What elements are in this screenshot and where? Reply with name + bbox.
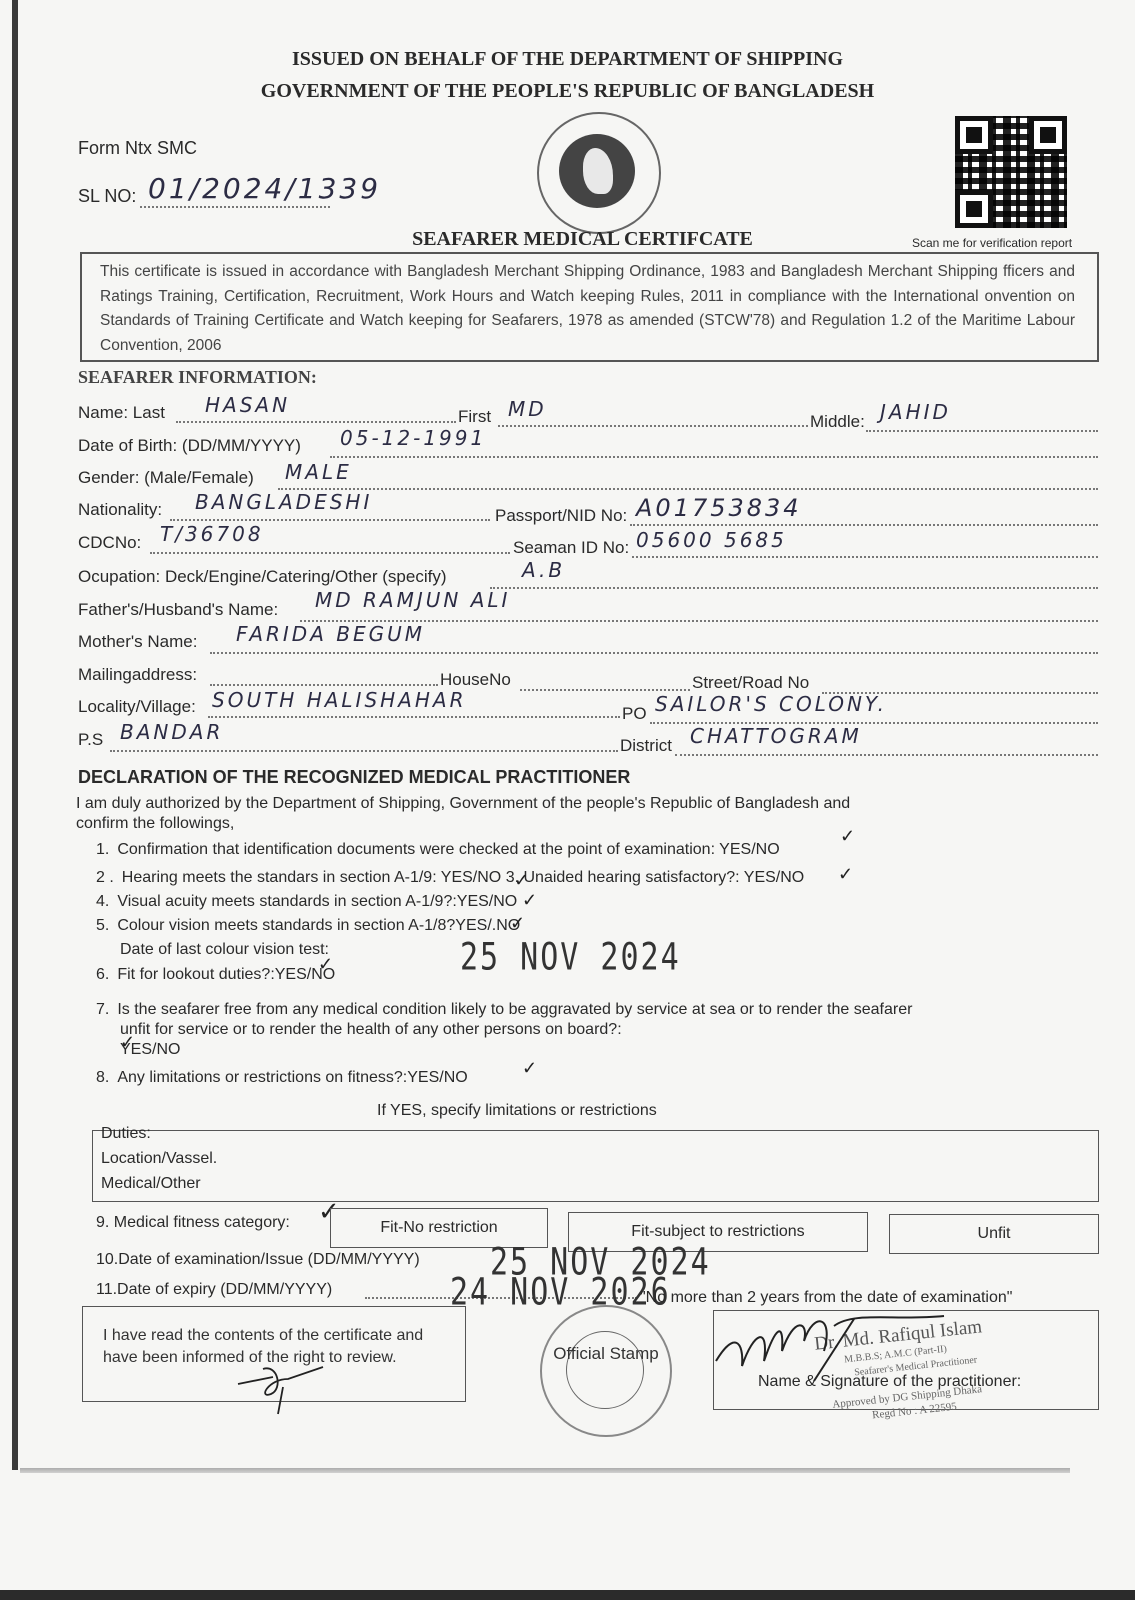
- declaration-item: 6.Fit for lookout duties?:YES/NO: [96, 966, 335, 984]
- scan-artifact: [20, 1468, 1070, 1473]
- check-icon: ✓: [514, 870, 529, 891]
- declaration-item: 8.Any limitations or restrictions on fit…: [96, 1069, 468, 1087]
- declaration-item: 2 .Hearing meets the standars in section…: [96, 869, 804, 887]
- restrictions-box: Duties: Location/Vassel. Medical/Other: [92, 1130, 1099, 1202]
- check-icon: ✓: [522, 1058, 537, 1079]
- restriction-duties[interactable]: Duties:: [101, 1125, 151, 1143]
- declaration-item: 5.Colour vision meets standards in secti…: [96, 917, 520, 935]
- fitness-category-label: 9. Medical fitness category:: [96, 1214, 290, 1232]
- check-icon: ✓: [840, 826, 855, 847]
- nationality-label: Nationality:: [78, 500, 162, 520]
- item-number: 5.: [96, 917, 109, 934]
- item-text[interactable]: Any limitations or restrictions on fitne…: [117, 1069, 467, 1086]
- item-text[interactable]: Visual acuity meets standards in section…: [117, 893, 517, 910]
- mailing-address-label: Mailingaddress:: [78, 665, 197, 685]
- government-seal-icon: [537, 112, 661, 234]
- occupation-value[interactable]: A.B: [522, 558, 565, 582]
- dob-label: Date of Birth: (DD/MM/YYYY): [78, 436, 301, 456]
- sl-value: 01/2024/1339: [148, 172, 381, 205]
- expiry-note: "No more than 2 years from the date of e…: [640, 1289, 1012, 1307]
- declaration-item: 1.Confirmation that identification docum…: [96, 841, 780, 859]
- father-name-label: Father's/Husband's Name:: [78, 600, 278, 620]
- house-no-label: HouseNo: [440, 670, 511, 690]
- check-icon: ✓: [510, 913, 525, 934]
- fitness-option-unfit[interactable]: Unfit: [889, 1214, 1099, 1254]
- certificate-title: SEAFARER MEDICAL CERTIFCATE: [0, 228, 1135, 251]
- item-text[interactable]: Fit for lookout duties?:YES/NO: [117, 966, 335, 983]
- mother-name-label: Mother's Name:: [78, 632, 197, 652]
- form-code: Form Ntx SMC: [78, 138, 197, 159]
- intro-box: This certificate is issued in accordance…: [80, 252, 1099, 362]
- locality-value[interactable]: SOUTH HALISHAHAR: [212, 688, 466, 712]
- item-text[interactable]: Confirmation that identification documen…: [117, 841, 779, 858]
- locality-label: Locality/Village:: [78, 697, 196, 717]
- check-icon: ✓: [838, 864, 853, 885]
- occupation-label: Ocupation: Deck/Engine/Catering/Other (s…: [78, 567, 447, 587]
- item-number: 2 .: [96, 869, 114, 886]
- nationality-value[interactable]: BANGLADESHI: [195, 490, 372, 514]
- restrictions-heading: If YES, specify limitations or restricti…: [377, 1102, 657, 1120]
- item-number: 1.: [96, 841, 109, 858]
- sl-label: SL NO:: [78, 186, 136, 207]
- check-icon: ✓: [318, 954, 333, 975]
- district-value[interactable]: CHATTOGRAM: [690, 724, 862, 748]
- declaration-intro-2: confirm the followings,: [76, 815, 234, 833]
- district-label: District: [620, 736, 672, 756]
- item-text[interactable]: Is the seafarer free from any medical co…: [117, 1001, 912, 1018]
- father-name-value[interactable]: MD RAMJUN ALI: [315, 588, 510, 612]
- last-name-value[interactable]: HASAN: [205, 393, 290, 417]
- ps-value[interactable]: BANDAR: [120, 720, 223, 744]
- last-name-label: Name: Last: [78, 403, 165, 423]
- official-stamp-icon: Official Stamp: [540, 1305, 672, 1437]
- gender-value[interactable]: MALE: [285, 460, 352, 484]
- item-number: 4.: [96, 893, 109, 910]
- mother-name-value[interactable]: FARIDA BEGUM: [236, 622, 425, 646]
- middle-name-value[interactable]: JAHID: [880, 400, 951, 424]
- issuer-line: ISSUED ON BEHALF OF THE DEPARTMENT OF SH…: [0, 48, 1135, 71]
- ps-label: P.S: [78, 730, 103, 750]
- check-icon: ✓: [120, 1032, 135, 1053]
- scan-edge: [0, 1590, 1135, 1600]
- po-value[interactable]: SAILOR'S COLONY.: [655, 692, 887, 716]
- section-seafarer-info: SEAFARER INFORMATION:: [78, 367, 317, 388]
- intro-text: This certificate is issued in accordance…: [82, 254, 1097, 358]
- item-number: 6.: [96, 966, 109, 983]
- declaration-item: unfit for service or to render the healt…: [120, 1021, 622, 1039]
- passport-label: Passport/NID No:: [495, 506, 627, 526]
- government-line: GOVERNMENT OF THE PEOPLE'S REPUBLIC OF B…: [0, 80, 1135, 103]
- restriction-medical[interactable]: Medical/Other: [101, 1175, 201, 1193]
- item-number: 8.: [96, 1069, 109, 1086]
- restriction-location[interactable]: Location/Vassel.: [101, 1150, 217, 1168]
- passport-value[interactable]: A01753834: [636, 494, 802, 522]
- seaman-id-label: Seaman ID No:: [513, 538, 629, 558]
- item-text[interactable]: Colour vision meets standards in section…: [117, 917, 520, 934]
- seaman-id-value[interactable]: 05600 5685: [636, 528, 787, 552]
- declaration-title: DECLARATION OF THE RECOGNIZED MEDICAL PR…: [78, 767, 630, 788]
- first-name-value[interactable]: MD: [508, 397, 547, 421]
- item-text[interactable]: Hearing meets the standars in section A-…: [122, 869, 804, 886]
- practitioner-signature-box: Dr. Md. Rafiqul Islam M.B.B.S; A.M.C (Pa…: [713, 1310, 1099, 1410]
- declaration-intro-1: I am duly authorized by the Department o…: [76, 795, 850, 813]
- po-label: PO: [622, 704, 647, 724]
- cdc-value[interactable]: T/36708: [160, 522, 264, 546]
- dob-value[interactable]: 05-12-1991: [340, 426, 486, 450]
- colour-vision-date-stamp: 25 NOV 2024: [460, 936, 681, 980]
- declaration-item: 7.Is the seafarer free from any medical …: [96, 1001, 912, 1019]
- street-label: Street/Road No: [692, 673, 809, 693]
- official-stamp-text: Official Stamp: [542, 1345, 670, 1363]
- declaration-item: 4.Visual acuity meets standards in secti…: [96, 893, 517, 911]
- middle-name-label: Middle:: [810, 412, 865, 432]
- qr-code-icon[interactable]: [955, 116, 1067, 228]
- gender-label: Gender: (Male/Female): [78, 468, 254, 488]
- seafarer-signature-icon: [233, 1359, 333, 1419]
- seafarer-acknowledgement-box: I have read the contents of the certific…: [82, 1306, 466, 1402]
- check-icon: ✓: [522, 890, 537, 911]
- expiry-date-label: 11.Date of expiry (DD/MM/YYYY): [96, 1281, 332, 1299]
- exam-date-label: 10.Date of examination/Issue (DD/MM/YYYY…: [96, 1251, 420, 1269]
- declaration-item: Date of last colour vision test:: [120, 941, 329, 959]
- expiry-date-stamp: 24 NOV 2026: [450, 1271, 671, 1315]
- item-text[interactable]: Date of last colour vision test:: [120, 941, 329, 958]
- item-number: 7.: [96, 1001, 109, 1018]
- cdc-label: CDCNo:: [78, 533, 141, 553]
- practitioner-signature-icon: [714, 1311, 974, 1391]
- item-text[interactable]: unfit for service or to render the healt…: [120, 1021, 622, 1038]
- first-name-label: First: [458, 407, 491, 427]
- scan-edge: [12, 0, 18, 1470]
